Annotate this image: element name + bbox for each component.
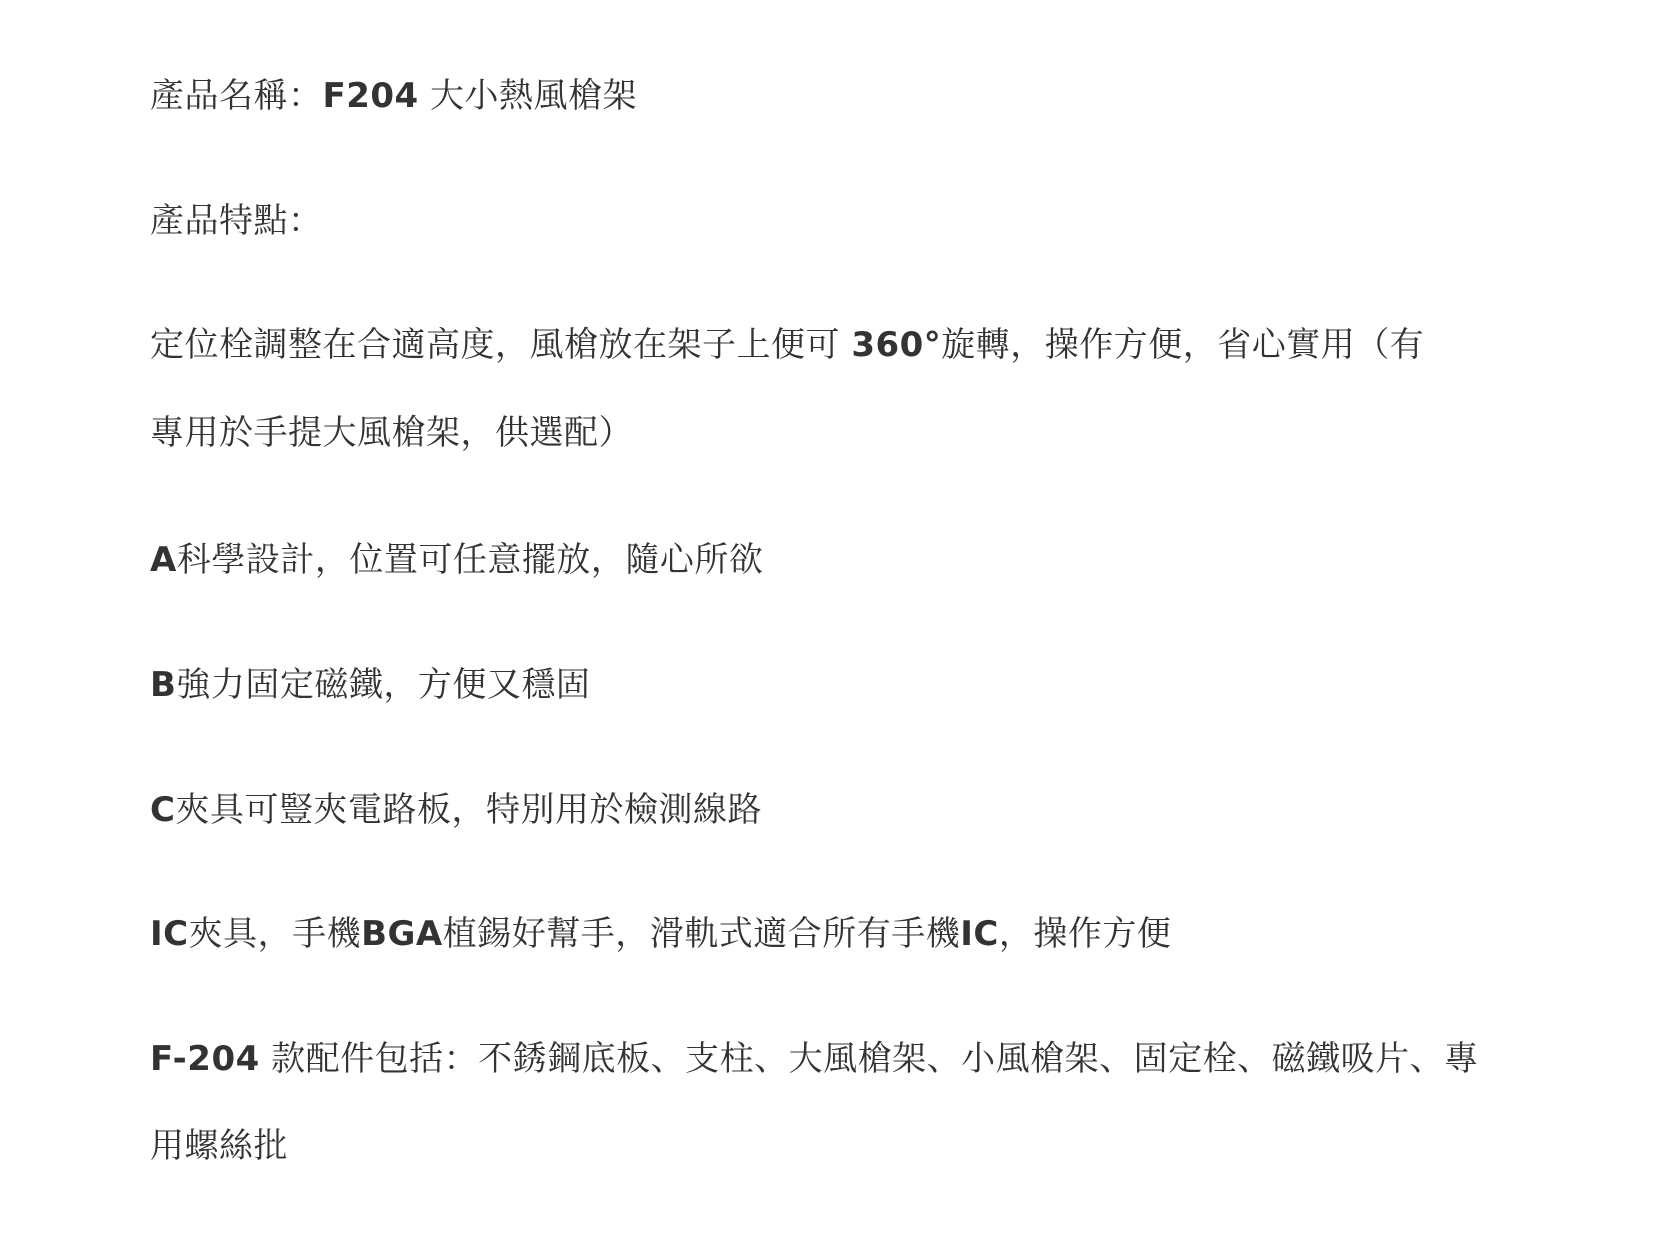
ic-text: 植錫好幫手，滑軌式適合所有手機 — [443, 914, 961, 954]
accessories-line-1: F-204 款配件包括：不銹鋼底板、支柱、大風槍架、小風槍架、固定栓、磁鐵吸片、… — [150, 1039, 1479, 1079]
feature-text: 夾具可豎夾電路板，特別用於檢測線路 — [175, 790, 762, 830]
ic-text: ，操作方便 — [999, 914, 1172, 954]
ic-text: 夾具，手機 — [189, 914, 362, 954]
description-line-2: 專用於手提大風槍架，供選配） — [150, 413, 633, 453]
document-page: 產品名稱：F204 大小熱風槍架 產品特點： 定位栓調整在合適高度，風槍放在架子… — [0, 0, 1654, 1239]
accessories-text: 款配件包括：不銹鋼底板、支柱、大風槍架、小風槍架、固定栓、磁鐵吸片、專 — [260, 1039, 1479, 1079]
description-text: 旋轉，操作方便，省心實用（有 — [941, 325, 1424, 365]
ic-clamp-line: IC夾具，手機BGA植錫好幫手，滑軌式適合所有手機IC，操作方便 — [150, 914, 1171, 954]
feature-key: A — [150, 540, 177, 580]
feature-key: C — [150, 790, 175, 830]
accessories-model: F-204 — [150, 1039, 260, 1079]
ic-term: IC — [960, 914, 999, 954]
bga-term: BGA — [361, 914, 443, 954]
feature-key: B — [150, 665, 176, 705]
accessories-line-2: 用螺絲批 — [150, 1126, 288, 1166]
description-line-1: 定位栓調整在合適高度，風槍放在架子上便可 360°旋轉，操作方便，省心實用（有 — [150, 325, 1424, 365]
feature-b: B強力固定磁鐵，方便又穩固 — [150, 665, 590, 705]
description-text: 定位栓調整在合適高度，風槍放在架子上便可 — [150, 325, 851, 365]
feature-text: 強力固定磁鐵，方便又穩固 — [176, 665, 590, 705]
feature-text: 科學設計，位置可任意擺放，隨心所欲 — [177, 540, 764, 580]
product-name-value: 大小熱風槍架 — [419, 76, 637, 116]
product-name-label: 產品名稱： — [150, 76, 323, 116]
feature-a: A科學設計，位置可任意擺放，隨心所欲 — [150, 540, 763, 580]
product-name-line: 產品名稱：F204 大小熱風槍架 — [150, 76, 637, 116]
ic-key: IC — [150, 914, 189, 954]
rotation-degrees: 360° — [851, 325, 941, 365]
feature-c: C夾具可豎夾電路板，特別用於檢測線路 — [150, 790, 762, 830]
product-model: F204 — [323, 76, 419, 116]
features-heading: 產品特點： — [150, 201, 323, 241]
